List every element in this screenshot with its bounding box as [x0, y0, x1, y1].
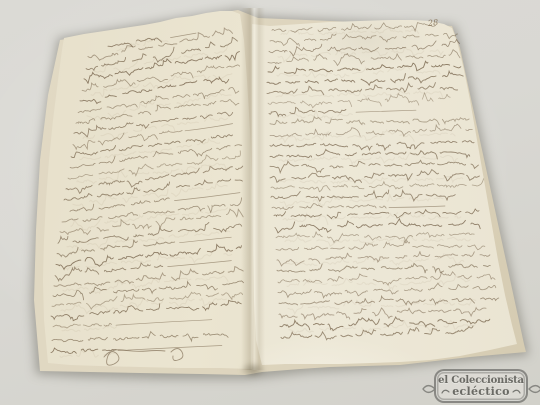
watermark-title: el Coleccionista	[438, 375, 524, 386]
watermark-subtitle-row: ecléctico	[441, 386, 521, 398]
watermark-frame: el Coleccionista ecléctico	[434, 369, 528, 403]
page-number: 28	[428, 17, 447, 28]
watermark-subtitle: ecléctico	[452, 386, 510, 398]
watermark-swirl-left-icon	[441, 388, 450, 396]
watermark-flourish-right-icon	[528, 383, 540, 395]
manuscript-photo: 28 el Coleccionista ecléctico	[0, 0, 540, 405]
watermark-logo: el Coleccionista ecléctico	[424, 367, 540, 405]
watermark-swirl-right-icon	[512, 388, 521, 396]
fold-bottom-shadow	[240, 362, 266, 378]
